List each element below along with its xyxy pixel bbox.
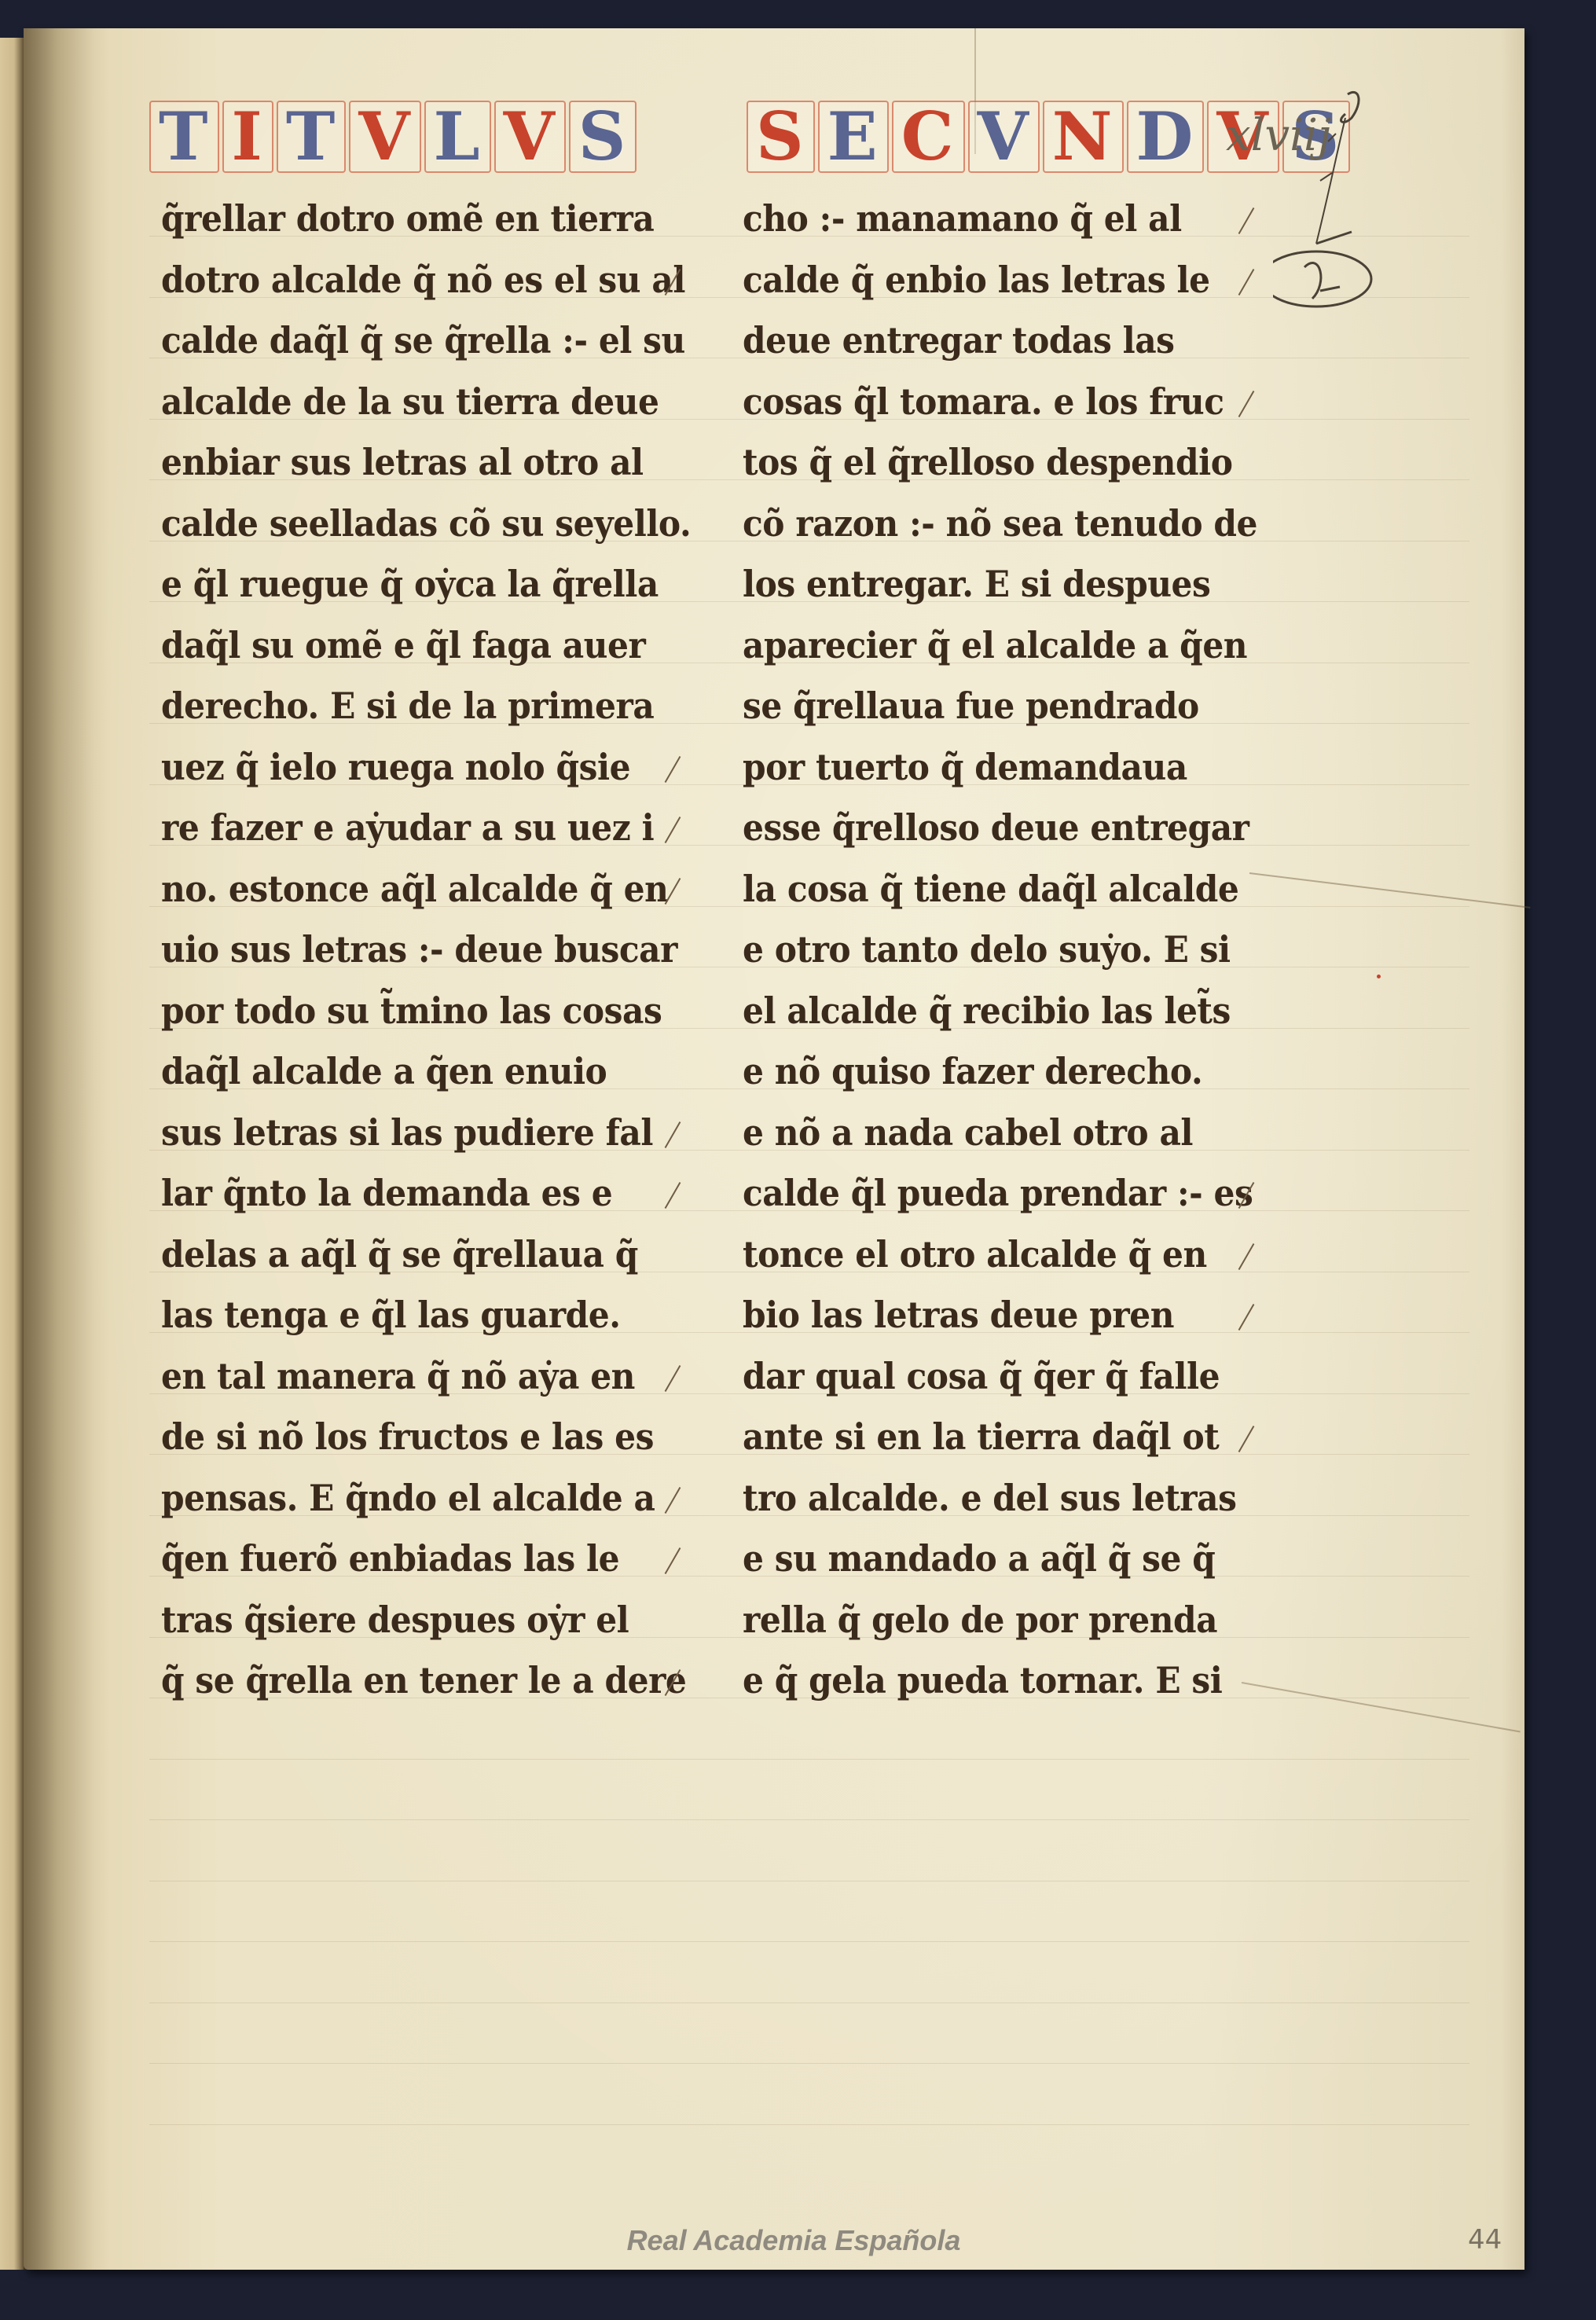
line-text: e q̃l ruegue q̃ oẏca la q̃rella xyxy=(161,554,659,615)
line-text: alcalde de la su tierra deue xyxy=(161,372,659,433)
line-text: e otro tanto delo suẏo. E si xyxy=(743,920,1231,981)
line-text: no. estonce aq̃l alcalde q̃ en xyxy=(161,859,668,920)
manuscript-line: esse q̃relloso deue entregar xyxy=(743,798,1277,859)
line-text: q̃rellar dotro omẽ en tierra xyxy=(161,189,654,250)
manuscript-line: uio sus letras :- deue buscar xyxy=(161,920,695,981)
line-text: rella q̃ gelo de por prenda xyxy=(743,1590,1217,1651)
rubric-capital: N xyxy=(1043,101,1124,173)
manuscript-line: q̃rellar dotro omẽ en tierra xyxy=(161,189,695,250)
line-text: calde q̃ enbio las letras le xyxy=(743,250,1210,311)
rubric-capital: S xyxy=(569,101,637,173)
line-text: en tal manera q̃ nõ aẏa en xyxy=(161,1346,635,1408)
manuscript-line: la cosa q̃ tiene daq̃l alcalde xyxy=(743,859,1277,920)
previous-page-edge xyxy=(0,38,26,2270)
line-text: e nõ quiso fazer derecho. xyxy=(743,1041,1202,1103)
rubric-capital: D xyxy=(1127,101,1205,173)
line-text: tonce el otro alcalde q̃ en xyxy=(743,1224,1207,1286)
manuscript-line: dotro alcalde q̃ nõ es el su al xyxy=(161,250,695,311)
ruling-line xyxy=(149,1881,1469,1881)
line-text: la cosa q̃ tiene daq̃l alcalde xyxy=(743,859,1238,920)
manuscript-line: cosas q̃l tomara. e los fruc xyxy=(743,372,1277,433)
line-text: daq̃l alcalde a q̃en enuio xyxy=(161,1041,607,1103)
line-filler-stroke xyxy=(665,1121,681,1148)
line-text: derecho. E si de la primera xyxy=(161,676,654,737)
rubric-capital: V xyxy=(349,101,420,173)
manuscript-line: daq̃l su omẽ e q̃l faga auer xyxy=(161,615,695,677)
line-filler-stroke xyxy=(1238,391,1255,417)
folio-number: 44 xyxy=(1468,2224,1502,2256)
line-filler-stroke xyxy=(665,756,681,783)
rubric-capital: V xyxy=(494,101,566,173)
manuscript-line: de si nõ los fructos e las es xyxy=(161,1407,695,1468)
manuscript-line: derecho. E si de la primera xyxy=(161,676,695,737)
manuscript-line: rella q̃ gelo de por prenda xyxy=(743,1590,1277,1651)
manuscript-line: e q̃ gela pueda tornar. E si xyxy=(743,1650,1277,1712)
manuscript-line: se q̃rellaua fue pendrado xyxy=(743,676,1277,737)
manuscript-line: por todo su t̃mino las cosas xyxy=(161,981,695,1042)
manuscript-line: calde seelladas cõ su seyello. xyxy=(161,494,695,555)
manuscript-line: el alcalde q̃ recibio las let̃s xyxy=(743,981,1277,1042)
manuscript-line: enbiar sus letras al otro al xyxy=(161,432,695,494)
manuscript-line: ante si en la tierra daq̃l ot xyxy=(743,1407,1277,1468)
line-text: cho :- manamano q̃ el al xyxy=(743,189,1182,250)
line-filler-stroke xyxy=(1238,1426,1255,1452)
manuscript-line: re fazer e aẏudar a su uez i xyxy=(161,798,695,859)
manuscript-line: los entregar. E si despues xyxy=(743,554,1277,615)
ruling-line xyxy=(149,1759,1469,1760)
manuscript-line: tonce el otro alcalde q̃ en xyxy=(743,1224,1277,1286)
manuscript-line: e nõ a nada cabel otro al xyxy=(743,1103,1277,1164)
manuscript-line: tras q̃siere despues oẏr el xyxy=(161,1590,695,1651)
manuscript-line: daq̃l alcalde a q̃en enuio xyxy=(161,1041,695,1103)
line-text: ante si en la tierra daq̃l ot xyxy=(743,1407,1219,1468)
line-text: calde daq̃l q̃ se q̃rella :- el su xyxy=(161,310,685,372)
manuscript-line: uez q̃ ielo ruega nolo q̃sie xyxy=(161,737,695,798)
ruling-line xyxy=(149,2002,1469,2003)
line-filler-stroke xyxy=(665,817,681,843)
manuscript-line: q̃en fuerõ enbiadas las le xyxy=(161,1529,695,1590)
line-text: por tuerto q̃ demandaua xyxy=(743,737,1187,798)
line-text: bio las letras deue pren xyxy=(743,1285,1174,1346)
manuscript-line: calde q̃ enbio las letras le xyxy=(743,250,1277,311)
manuscript-line: aparecier q̃ el alcalde a q̃en xyxy=(743,615,1277,677)
manuscript-line: lar q̃nto la demanda es e xyxy=(161,1163,695,1224)
line-text: e su mandado a aq̃l q̃ se q̃ xyxy=(743,1529,1215,1590)
manuscript-line: alcalde de la su tierra deue xyxy=(161,372,695,433)
rubric-capital: E xyxy=(818,101,889,173)
line-text: delas a aq̃l q̃ se q̃rellaua q̃ xyxy=(161,1224,638,1286)
line-text: re fazer e aẏudar a su uez i xyxy=(161,798,654,859)
line-filler-stroke xyxy=(665,1547,681,1574)
line-text: daq̃l su omẽ e q̃l faga auer xyxy=(161,615,645,677)
rubric-capital: T xyxy=(277,101,347,173)
line-text: aparecier q̃ el alcalde a q̃en xyxy=(743,615,1247,677)
manuscript-line: bio las letras deue pren xyxy=(743,1285,1277,1346)
line-text: pensas. E q̃ndo el alcalde a xyxy=(161,1468,655,1529)
manuscript-line: sus letras si las pudiere fal xyxy=(161,1103,695,1164)
manuscript-line: cho :- manamano q̃ el al xyxy=(743,189,1277,250)
line-text: lar q̃nto la demanda es e xyxy=(161,1163,612,1224)
line-text: por todo su t̃mino las cosas xyxy=(161,981,662,1042)
heading-titvlvs: TITVLVS xyxy=(149,101,637,173)
manuscript-line: calde q̃l pueda prendar :- es xyxy=(743,1163,1277,1224)
line-text: tro alcalde. e del sus letras xyxy=(743,1468,1236,1529)
line-filler-stroke xyxy=(1238,1304,1255,1331)
manuscript-line: tro alcalde. e del sus letras xyxy=(743,1468,1277,1529)
line-text: las tenga e q̃l las guarde. xyxy=(161,1285,621,1346)
line-filler-stroke xyxy=(665,1487,681,1514)
ink-spot xyxy=(1377,975,1381,978)
rubric-capital: C xyxy=(892,101,965,173)
line-text: e q̃ gela pueda tornar. E si xyxy=(743,1650,1222,1712)
manuscript-line: e q̃l ruegue q̃ oẏca la q̃rella xyxy=(161,554,695,615)
manuscript-line: las tenga e q̃l las guarde. xyxy=(161,1285,695,1346)
line-text: cosas q̃l tomara. e los fruc xyxy=(743,372,1224,433)
line-text: dotro alcalde q̃ nõ es el su al xyxy=(161,250,685,311)
rubric-capital: T xyxy=(149,101,219,173)
text-column-right: cho :- manamano q̃ el alcalde q̃ enbio l… xyxy=(743,189,1277,1712)
line-text: q̃en fuerõ enbiadas las le xyxy=(161,1529,619,1590)
manuscript-line: delas a aq̃l q̃ se q̃rellaua q̃ xyxy=(161,1224,695,1286)
line-text: calde seelladas cõ su seyello. xyxy=(161,494,691,555)
ruling-line xyxy=(149,1941,1469,1942)
line-filler-stroke xyxy=(1238,207,1255,234)
line-text: uez q̃ ielo ruega nolo q̃sie xyxy=(161,737,630,798)
gutter-shadow xyxy=(24,28,94,2270)
text-column-left: q̃rellar dotro omẽ en tierradotro alcald… xyxy=(161,189,695,1712)
line-filler-stroke xyxy=(1238,269,1255,296)
line-text: uio sus letras :- deue buscar xyxy=(161,920,677,981)
manuscript-line: q̃ se q̃rella en tener le a dere xyxy=(161,1650,695,1712)
watermark-text: Real Academia Española xyxy=(597,2224,990,2257)
rubric-capital: S xyxy=(747,101,815,173)
line-text: calde q̃l pueda prendar :- es xyxy=(743,1163,1253,1224)
manuscript-line: e otro tanto delo suẏo. E si xyxy=(743,920,1277,981)
ruling-line xyxy=(149,2063,1469,2064)
rubric-capital: V xyxy=(968,101,1040,173)
manuscript-line: no. estonce aq̃l alcalde q̃ en xyxy=(161,859,695,920)
line-text: los entregar. E si despues xyxy=(743,554,1210,615)
manuscript-line: pensas. E q̃ndo el alcalde a xyxy=(161,1468,695,1529)
line-text: esse q̃relloso deue entregar xyxy=(743,798,1249,859)
line-filler-stroke xyxy=(665,1182,681,1209)
line-text: sus letras si las pudiere fal xyxy=(161,1103,653,1164)
line-text: tras q̃siere despues oẏr el xyxy=(161,1590,629,1651)
line-text: e nõ a nada cabel otro al xyxy=(743,1103,1193,1164)
line-text: tos q̃ el q̃relloso despendio xyxy=(743,432,1232,494)
line-text: el alcalde q̃ recibio las let̃s xyxy=(743,981,1231,1042)
line-text: de si nõ los fructos e las es xyxy=(161,1407,654,1468)
ruling-line xyxy=(149,2124,1469,2125)
line-filler-stroke xyxy=(665,1365,681,1392)
manuscript-line: e nõ quiso fazer derecho. xyxy=(743,1041,1277,1103)
manuscript-line: calde daq̃l q̃ se q̃rella :- el su xyxy=(161,310,695,372)
manuscript-line: e su mandado a aq̃l q̃ se q̃ xyxy=(743,1529,1277,1590)
manuscript-line: tos q̃ el q̃relloso despendio xyxy=(743,432,1277,494)
manuscript-line: por tuerto q̃ demandaua xyxy=(743,737,1277,798)
line-text: deue entregar todas las xyxy=(743,310,1175,372)
ruling-line xyxy=(149,1819,1469,1820)
line-text: cõ razon :- nõ sea tenudo de xyxy=(743,494,1257,555)
line-text: se q̃rellaua fue pendrado xyxy=(743,676,1199,737)
manuscript-line: deue entregar todas las xyxy=(743,310,1277,372)
rubric-capital: I xyxy=(222,101,273,173)
line-text: enbiar sus letras al otro al xyxy=(161,432,644,494)
line-filler-stroke xyxy=(1238,1243,1255,1270)
rubric-capital: L xyxy=(424,101,491,173)
signature-flourish-icon xyxy=(1273,86,1407,322)
line-text: dar qual cosa q̃ q̃er q̃ falle xyxy=(743,1346,1220,1408)
line-text: q̃ se q̃rella en tener le a dere xyxy=(161,1650,686,1712)
manuscript-line: dar qual cosa q̃ q̃er q̃ falle xyxy=(743,1346,1277,1408)
manuscript-line: cõ razon :- nõ sea tenudo de xyxy=(743,494,1277,555)
manuscript-line: en tal manera q̃ nõ aẏa en xyxy=(161,1346,695,1408)
